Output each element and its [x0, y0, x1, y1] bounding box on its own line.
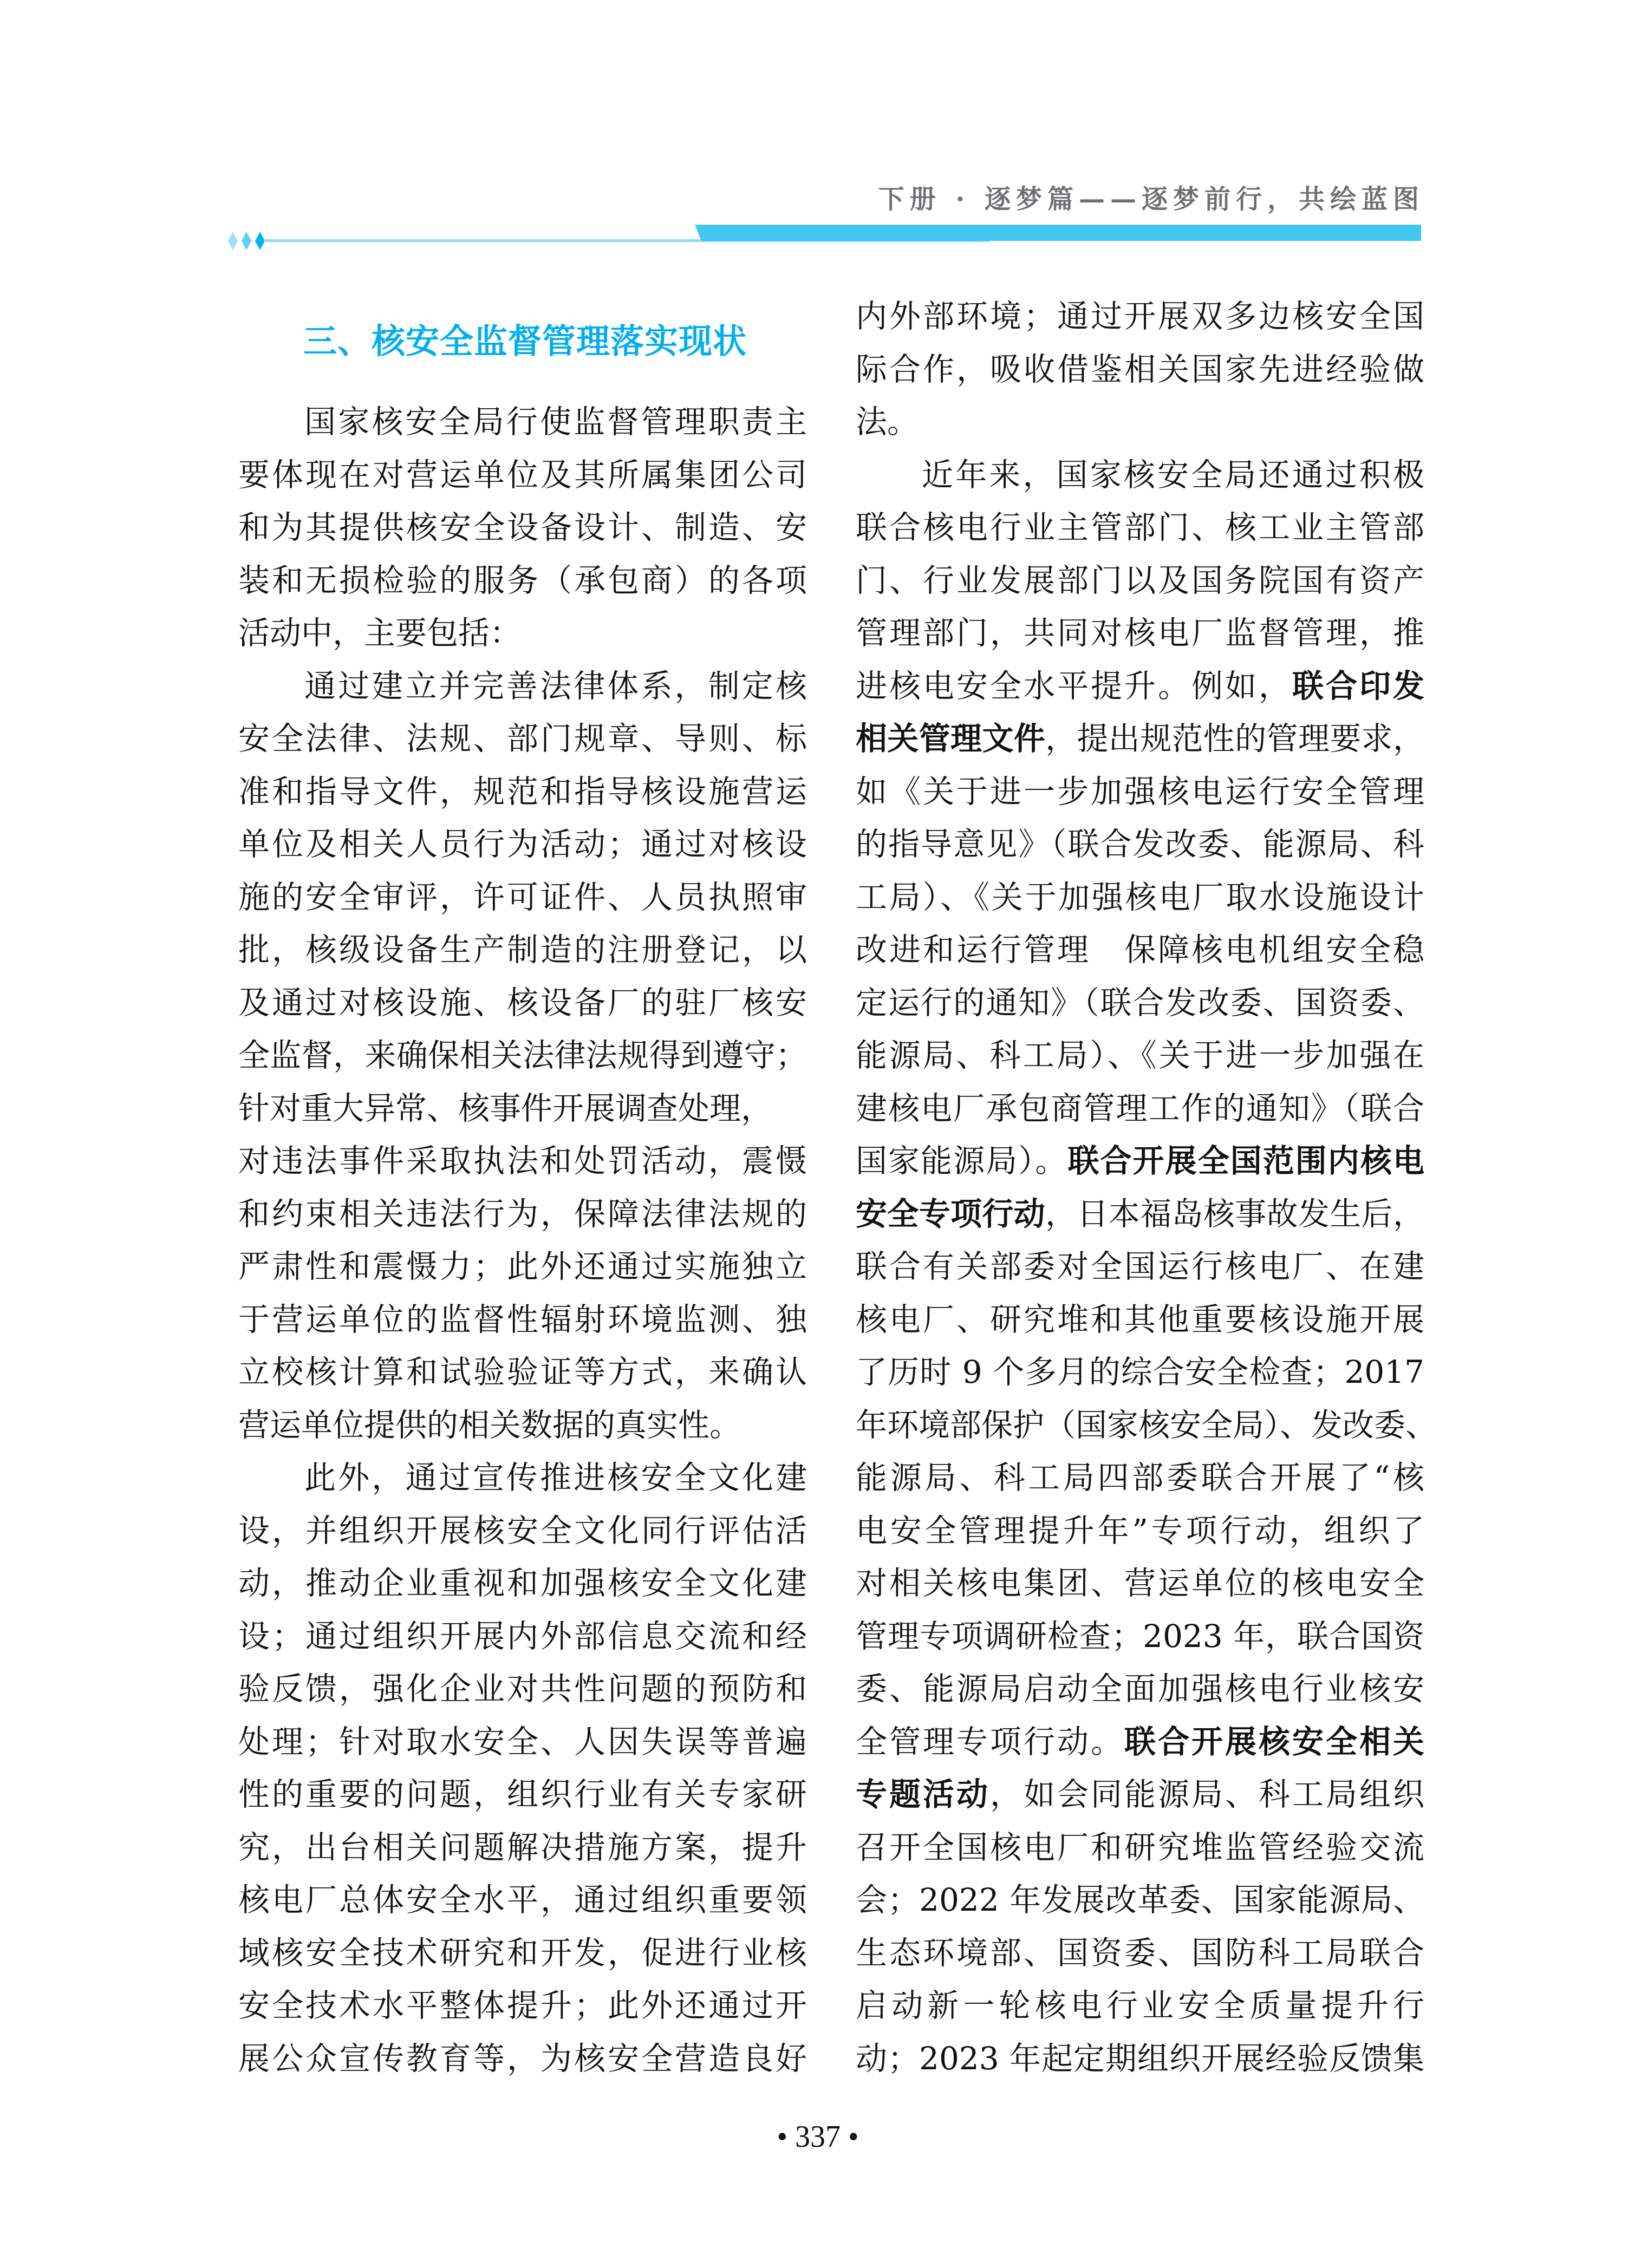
text-run: 建核电厂承包商管理工作的通知》（联合: [856, 1090, 1424, 1127]
left-column: 国家核安全局行使监督管理职责主 要体现在对营运单位及其所属集团公司 和为其提供核…: [238, 396, 807, 2085]
text-line: 核电厂总体安全水平，通过组织重要领: [238, 1874, 807, 1927]
text-line: 工局）、《关于加强核电厂取水设施设计: [856, 871, 1424, 924]
text-run: 进核电安全水平提升。例如，: [856, 668, 1292, 704]
text-run: 对相关核电集团、营运单位的核电安全: [856, 1565, 1424, 1602]
text-line: 域核安全技术研究和开发，促进行业核: [238, 1927, 807, 1980]
text-line: 委、能源局启动全面加强核电行业核安: [856, 1663, 1424, 1716]
text-line: 建核电厂承包商管理工作的通知》（联合: [856, 1082, 1424, 1135]
text-run: 核电厂、研究堆和其他重要核设施开展: [856, 1301, 1424, 1338]
diamond-ornament-icon: [228, 232, 238, 250]
text-run: ，提出规范性的管理要求，: [1045, 720, 1424, 757]
text-line: 改进和运行管理 保障核电机组安全稳: [856, 924, 1424, 977]
text-line: 装和无损检验的服务（承包商）的各项: [238, 554, 807, 607]
text-line: 处理；针对取水安全、人因失误等普遍: [238, 1716, 807, 1769]
text-line: 内外部环境；通过开展双多边核安全国: [856, 290, 1424, 343]
text-line: 施的安全审评，许可证件、人员执照审: [238, 871, 807, 924]
text-run: 改进和运行管理 保障核电机组安全稳: [856, 931, 1424, 968]
header-accent-bar: [695, 225, 1421, 241]
text-run: 定运行的通知》（联合发改委、国资委、: [856, 984, 1424, 1021]
text-line: 国家核安全局行使监督管理职责主: [238, 396, 807, 449]
section-heading: 三、核安全监督管理落实现状: [303, 323, 791, 361]
text-line: 进核电安全水平提升。例如，联合印发: [856, 660, 1424, 713]
text-run: 动；2023 年起定期组织开展经验反馈集: [856, 2040, 1424, 2077]
text-line: 了历时 9 个多月的综合安全检查；2017: [856, 1346, 1424, 1399]
bold-emphasis: 安全专项行动: [856, 1195, 1045, 1232]
bold-emphasis: 联合开展核安全相关: [1124, 1723, 1424, 1760]
text-run: ，如会同能源局、科工局组织: [990, 1776, 1424, 1813]
text-line: 批，核级设备生产制造的注册登记，以: [238, 924, 807, 977]
text-line: 针对重大异常、核事件开展调查处理，: [238, 1082, 807, 1135]
text-line: 启动新一轮核电行业安全质量提升行: [856, 1979, 1424, 2032]
text-line: 门、行业发展部门以及国务院国有资产: [856, 554, 1424, 607]
text-line: 专题活动，如会同能源局、科工局组织: [856, 1768, 1424, 1821]
text-line: 营运单位提供的相关数据的真实性。: [238, 1399, 807, 1452]
paragraph: 国家核安全局行使监督管理职责主 要体现在对营运单位及其所属集团公司 和为其提供核…: [238, 396, 807, 660]
text-line: 联合有关部委对全国运行核电厂、在建: [856, 1240, 1424, 1293]
text-run: 管理专项调研检查；2023 年，联合国资: [856, 1618, 1424, 1655]
text-line: 近年来，国家核安全局还通过积极: [856, 449, 1424, 502]
text-line: 召开全国核电厂和研究堆监管经验交流: [856, 1821, 1424, 1874]
text-run: 工局）、《关于加强核电厂取水设施设计: [856, 879, 1424, 916]
text-run: 国家能源局）。: [856, 1142, 1067, 1179]
running-header-title: 下册 · 逐梦篇——逐梦前行，共绘蓝图: [812, 182, 1424, 217]
text-run: 委、能源局启动全面加强核电行业核安: [856, 1670, 1424, 1707]
text-line: 际合作，吸收借鉴相关国家先进经验做: [856, 343, 1424, 396]
text-line: 联合核电行业主管部门、核工业主管部: [856, 501, 1424, 554]
text-line: 生态环境部、国资委、国防科工局联合: [856, 1927, 1424, 1980]
text-line: 展公众宣传教育等，为核安全营造良好: [238, 2032, 807, 2086]
text-line: 国家能源局）。联合开展全国范围内核电: [856, 1135, 1424, 1188]
text-line: 能源局、科工局四部委联合开展了“核: [856, 1452, 1424, 1505]
text-run: 联合有关部委对全国运行核电厂、在建: [856, 1248, 1424, 1285]
text-line: 验反馈，强化企业对共性问题的预防和: [238, 1663, 807, 1716]
text-line: 性的重要的问题，组织行业有关专家研: [238, 1768, 807, 1821]
text-line: 对相关核电集团、营运单位的核电安全: [856, 1557, 1424, 1610]
text-line: 核电厂、研究堆和其他重要核设施开展: [856, 1293, 1424, 1347]
text-line: 及通过对核设施、核设备厂的驻厂核安: [238, 977, 807, 1030]
text-line: 法。: [856, 396, 1424, 449]
text-line: 设；通过组织开展内外部信息交流和经: [238, 1610, 807, 1663]
text-run: 电安全管理提升年”专项行动，组织了: [856, 1512, 1424, 1549]
paragraph: 内外部环境；通过开展双多边核安全国 际合作，吸收借鉴相关国家先进经验做 法。: [856, 290, 1424, 449]
text-run: 近年来，国家核安全局还通过积极: [922, 456, 1424, 493]
text-line: 管理部门，共同对核电厂监督管理，推: [856, 607, 1424, 660]
text-run: 了历时 9 个多月的综合安全检查；2017: [856, 1354, 1424, 1390]
text-line: 如《关于进一步加强核电运行安全管理: [856, 766, 1424, 819]
text-line: 动，推动企业重视和加强核安全文化建: [238, 1557, 807, 1610]
text-line: 和约束相关违法行为，保障法律法规的: [238, 1188, 807, 1241]
text-line: 会；2022 年发展改革委、国家能源局、: [856, 1874, 1424, 1927]
text-line: 定运行的通知》（联合发改委、国资委、: [856, 977, 1424, 1030]
paragraph: 近年来，国家核安全局还通过积极联合核电行业主管部门、核工业主管部门、行业发展部门…: [856, 449, 1424, 2086]
text-run: 管理部门，共同对核电厂监督管理，推: [856, 615, 1424, 651]
text-run: 召开全国核电厂和研究堆监管经验交流: [856, 1829, 1424, 1866]
right-column: 内外部环境；通过开展双多边核安全国 际合作，吸收借鉴相关国家先进经验做 法。 近…: [856, 290, 1424, 2085]
text-line: 立校核计算和试验验证等方式，来确认: [238, 1346, 807, 1399]
text-line: 管理专项调研检查；2023 年，联合国资: [856, 1610, 1424, 1663]
text-run: 启动新一轮核电行业安全质量提升行: [856, 1987, 1424, 2024]
text-run: 年环境部保护（国家核安全局）、发改委、: [856, 1407, 1437, 1443]
paragraph: 此外，通过宣传推进核安全文化建 设，并组织开展核安全文化同行评估活 动，推动企业…: [238, 1452, 807, 2085]
text-line: 安全技术水平整体提升；此外还通过开: [238, 1979, 807, 2032]
text-run: 如《关于进一步加强核电运行安全管理: [856, 773, 1424, 810]
text-line: 通过建立并完善法律体系，制定核: [238, 660, 807, 713]
text-line: 全管理专项行动。联合开展核安全相关: [856, 1716, 1424, 1769]
text-line: 电安全管理提升年”专项行动，组织了: [856, 1505, 1424, 1558]
text-run: 能源局、科工局四部委联合开展了“核: [856, 1459, 1424, 1496]
text-line: 设，并组织开展核安全文化同行评估活: [238, 1505, 807, 1558]
text-line: 能源局、科工局）、《关于进一步加强在: [856, 1029, 1424, 1082]
text-line: 要体现在对营运单位及其所属集团公司: [238, 449, 807, 502]
text-line: 年环境部保护（国家核安全局）、发改委、: [856, 1399, 1424, 1452]
text-line: 相关管理文件，提出规范性的管理要求，: [856, 713, 1424, 766]
text-line: 的指导意见》（联合发改委、能源局、科: [856, 818, 1424, 871]
bold-emphasis: 联合印发: [1292, 668, 1424, 704]
text-line: 和为其提供核安全设备设计、制造、安: [238, 501, 807, 554]
text-line: 安全专项行动，日本福岛核事故发生后，: [856, 1188, 1424, 1241]
text-line: 安全法律、法规、部门规章、导则、标: [238, 713, 807, 766]
text-run: 会；2022 年发展改革委、国家能源局、: [856, 1881, 1424, 1918]
text-run: 生态环境部、国资委、国防科工局联合: [856, 1934, 1424, 1971]
text-line: 于营运单位的监督性辐射环境监测、独: [238, 1293, 807, 1347]
bold-emphasis: 相关管理文件: [856, 720, 1045, 757]
text-line: 准和指导文件，规范和指导核设施营运: [238, 766, 807, 819]
page-number: • 337 •: [704, 2120, 932, 2154]
text-line: 此外，通过宣传推进核安全文化建: [238, 1452, 807, 1505]
text-run: 全管理专项行动。: [856, 1723, 1124, 1760]
text-run: 门、行业发展部门以及国务院国有资产: [856, 562, 1424, 599]
text-line: 究，出台相关问题解决措施方案，提升: [238, 1821, 807, 1874]
document-page: 下册 · 逐梦篇——逐梦前行，共绘蓝图 三、核安全监督管理落实现状 国家核安全局…: [0, 0, 1628, 2268]
bold-emphasis: 专题活动: [856, 1776, 990, 1813]
text-line: 全监督，来确保相关法律法规得到遵守；: [238, 1029, 807, 1082]
text-line: 单位及相关人员行为活动；通过对核设: [238, 818, 807, 871]
text-line: 动；2023 年起定期组织开展经验反馈集: [856, 2032, 1424, 2086]
text-run: 能源局、科工局）、《关于进一步加强在: [856, 1037, 1424, 1074]
text-run: 的指导意见》（联合发改委、能源局、科: [856, 826, 1424, 862]
text-line: 严肃性和震慑力；此外还通过实施独立: [238, 1240, 807, 1293]
bold-emphasis: 联合开展全国范围内核电: [1067, 1142, 1424, 1179]
text-line: 活动中，主要包括：: [238, 607, 807, 660]
text-run: 联合核电行业主管部门、核工业主管部: [856, 509, 1424, 546]
text-line: 对违法事件采取执法和处罚活动，震慑: [238, 1135, 807, 1188]
paragraph: 通过建立并完善法律体系，制定核 安全法律、法规、部门规章、导则、标 准和指导文件…: [238, 660, 807, 1452]
text-run: ，日本福岛核事故发生后，: [1045, 1195, 1424, 1232]
diamond-ornament-icon: [242, 232, 251, 250]
